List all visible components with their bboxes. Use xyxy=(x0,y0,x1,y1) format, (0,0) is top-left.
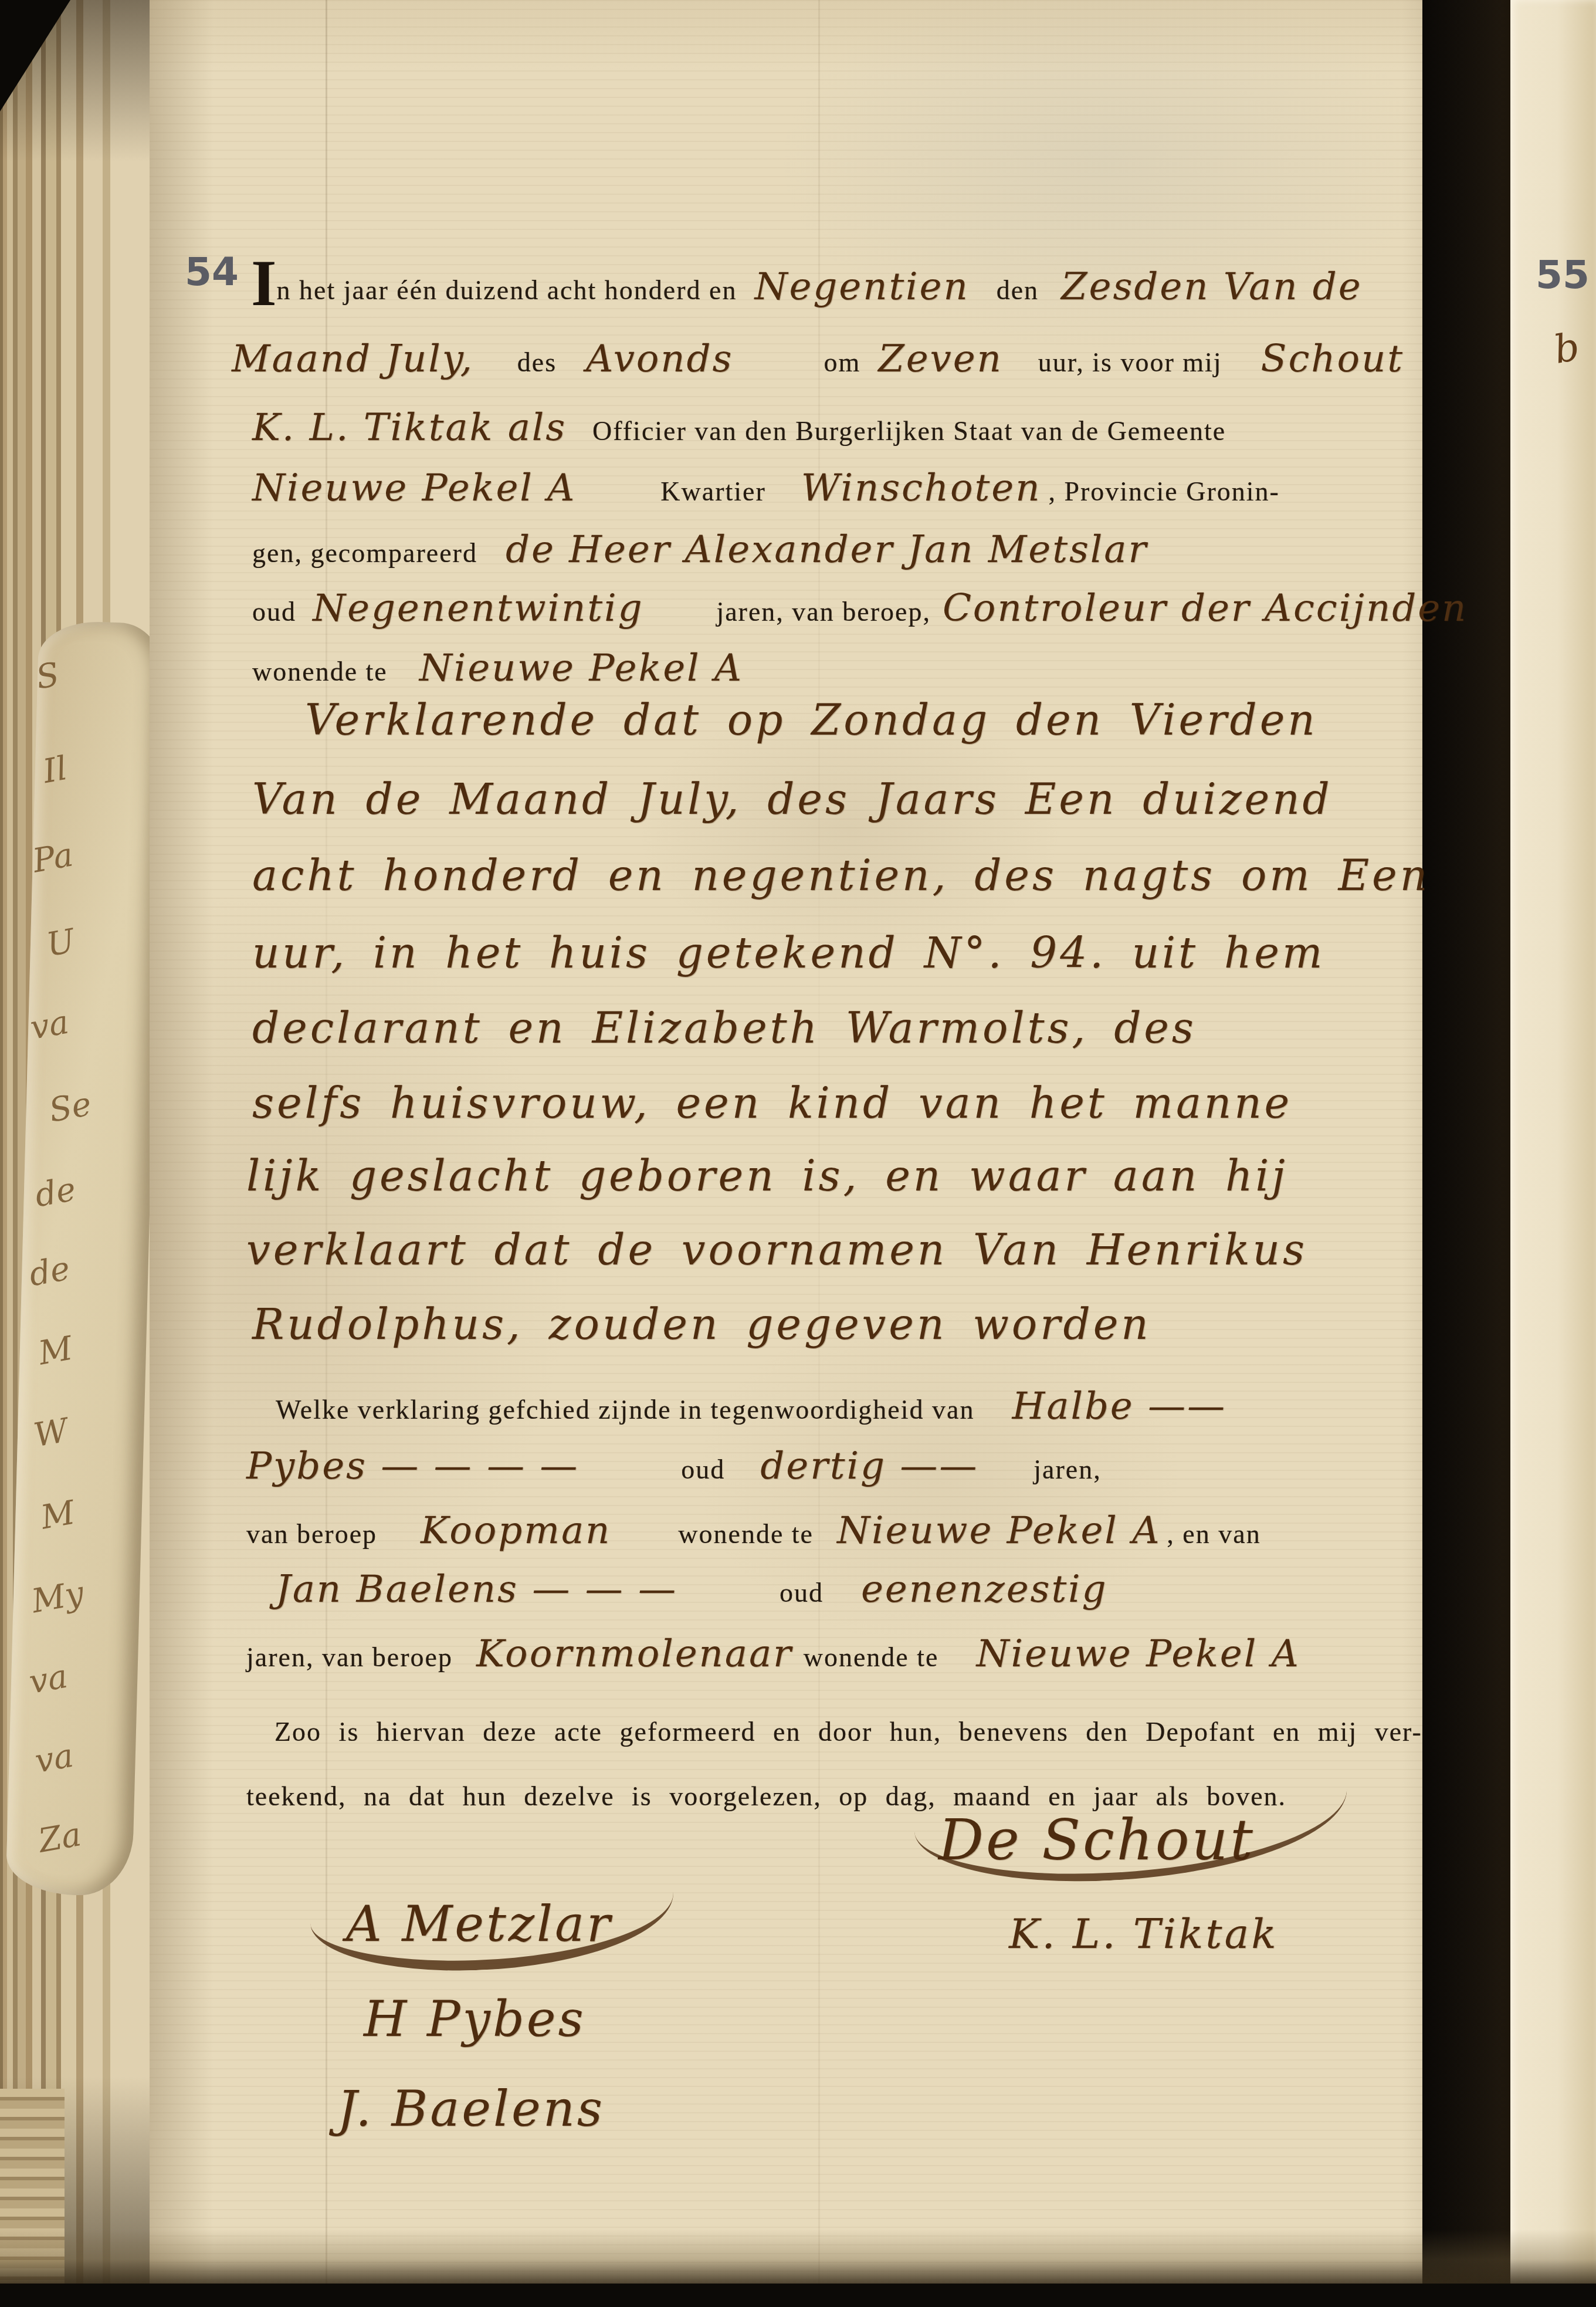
document-line: verklaart dat de voornamen Van Henrikus xyxy=(246,1225,1307,1274)
handwritten-text: Zesden Van de xyxy=(1061,265,1363,309)
printed-text: om xyxy=(824,347,860,377)
printed-text: wonende te xyxy=(678,1519,814,1549)
printed-text: Welke verklaring gefchied zijnde in tege… xyxy=(276,1395,974,1425)
document-line: acht honderd en negentien, des nagts om … xyxy=(252,851,1430,900)
document-line: uur, in het huis getekend N°. 94. uit he… xyxy=(252,928,1325,977)
handwritten-text: lijk geslacht geboren is, en waar aan hi… xyxy=(246,1151,1288,1200)
printed-text: uur, is voor mij xyxy=(1038,347,1222,377)
document-line: Welke verklaring gefchied zijnde in tege… xyxy=(276,1385,1226,1428)
document-line: K. L. Tiktak als Officier van den Burger… xyxy=(252,406,1226,449)
torn-page-fragment: va xyxy=(28,1003,72,1047)
handwritten-text: Van de Maand July, des Jaars Een duizend xyxy=(252,774,1333,824)
signature-schout-name: K. L. Tiktak xyxy=(1009,1910,1279,1958)
document-line: Nieuwe Pekel A Kwartier Winschoten , Pro… xyxy=(252,466,1280,510)
page-fold-shadow xyxy=(1402,0,1510,2307)
torn-page-fragment: va xyxy=(26,1657,70,1702)
printed-dropcap: I xyxy=(251,247,277,320)
torn-page-fragment: Se xyxy=(46,1085,94,1129)
handwritten-text: Halbe —— xyxy=(1012,1385,1226,1428)
handwritten-text: Nieuwe Pekel A xyxy=(252,466,576,510)
document-line: Maand July, des Avonds om Zeven uur, is … xyxy=(232,337,1404,381)
handwritten-text: Schout xyxy=(1261,337,1404,381)
printed-text: jaren, van beroep xyxy=(246,1642,453,1672)
document-line: declarant en Elizabeth Warmolts, des xyxy=(252,1003,1197,1053)
handwritten-text: verklaart dat de voornamen Van Henrikus xyxy=(246,1225,1307,1274)
printed-text: des xyxy=(517,347,557,377)
handwritten-text: acht honderd en negentien, des nagts om … xyxy=(252,851,1430,900)
printed-text: den xyxy=(997,275,1039,305)
handwritten-text: Verklarende dat op Zondag den Vierden xyxy=(305,695,1318,745)
document-line: gen, gecompareerd de Heer Alexander Jan … xyxy=(252,528,1148,571)
torn-page-fragment: M xyxy=(36,1330,76,1373)
printed-text: oud xyxy=(252,597,296,627)
document-line: Van de Maand July, des Jaars Een duizend xyxy=(252,774,1333,824)
document-line: van beroep Koopman wonende te Nieuwe Pek… xyxy=(246,1509,1261,1552)
handwritten-signature: H Pybes xyxy=(364,1990,586,2048)
document-line: Jan Baelens — — — oud eenenzestig xyxy=(276,1568,1108,1611)
handwritten-text: Winschoten xyxy=(801,466,1042,510)
handwritten-text: selfs huisvrouw, een kind van het manne xyxy=(252,1078,1292,1128)
document-line: Zoo is hiervan deze acte geformeerd en d… xyxy=(275,1716,1422,1747)
printed-text: oud xyxy=(681,1454,725,1484)
handwritten-signature: K. L. Tiktak xyxy=(1009,1910,1279,1958)
page-55-edge xyxy=(1510,0,1596,2307)
handwritten-text: Negentien xyxy=(754,265,969,309)
handwritten-text: Pybes — — — — xyxy=(246,1445,579,1488)
torn-page-fragment: M xyxy=(38,1494,78,1537)
handwritten-text: Koopman xyxy=(421,1509,611,1552)
document-line: In het jaar één duizend acht honderd en … xyxy=(251,265,1363,309)
printed-text: Kwartier xyxy=(660,476,765,506)
signature-witness2: J. Baelens xyxy=(337,2080,605,2137)
signature-witness1: H Pybes xyxy=(364,1990,586,2048)
torn-page-fragment: Pa xyxy=(30,836,76,881)
printed-text: Officier van den Burgerlijken Staat van … xyxy=(592,416,1226,446)
printed-text: oud xyxy=(780,1578,824,1608)
handwritten-text: Negenentwintig xyxy=(313,587,643,630)
handwritten-text: eenenzestig xyxy=(861,1568,1108,1611)
handwritten-text: uur, in het huis getekend N°. 94. uit he… xyxy=(252,928,1325,977)
printed-text: jaren, xyxy=(1033,1454,1101,1484)
printed-text: , en van xyxy=(1167,1519,1260,1549)
document-line: selfs huisvrouw, een kind van het manne xyxy=(252,1078,1292,1128)
handwritten-text: de Heer Alexander Jan Metslar xyxy=(506,528,1148,571)
handwritten-text: declarant en Elizabeth Warmolts, des xyxy=(252,1003,1197,1053)
page-bottom-edge xyxy=(0,2230,1596,2284)
printed-text: wonende te xyxy=(252,657,388,686)
handwritten-text: Nieuwe Pekel A xyxy=(837,1509,1161,1552)
document-line: Rudolphus, zouden gegeven worden xyxy=(252,1300,1151,1349)
torn-page-fragment: va xyxy=(32,1737,76,1781)
torn-page-fragment: W xyxy=(31,1411,71,1454)
page-number-55: 55 xyxy=(1536,252,1590,297)
handwritten-text: Zeven xyxy=(878,337,1003,381)
page-number-54: 54 xyxy=(185,249,239,295)
book-gutter xyxy=(0,0,150,2307)
printed-text: gen, gecompareerd xyxy=(252,538,477,568)
handwritten-text: Nieuwe Pekel A xyxy=(976,1632,1300,1676)
book-scan: S Il Pa U va Se de de M W M My va va Za … xyxy=(0,0,1596,2307)
printed-text: n het jaar één duizend acht honderd en xyxy=(277,275,737,305)
document-line: oud Negenentwintig jaren, van beroep, Co… xyxy=(252,587,1468,630)
torn-page-fragment: de xyxy=(26,1250,73,1294)
printed-text: jaren, van beroep, xyxy=(716,597,931,627)
handwritten-text: Controleur der Accijnden xyxy=(943,587,1468,630)
handwritten-text: Avonds xyxy=(586,337,733,381)
document-line: Pybes — — — — oud dertig —— jaren, xyxy=(246,1445,1102,1488)
handwritten-text: Nieuwe Pekel A xyxy=(419,647,743,690)
handwritten-text: Jan Baelens — — — xyxy=(276,1568,677,1611)
printed-text: , Provincie Gronin- xyxy=(1048,476,1279,506)
scan-bottom-band xyxy=(0,2284,1596,2307)
torn-page-fragment: de xyxy=(32,1171,79,1215)
handwritten-text: Rudolphus, zouden gegeven worden xyxy=(252,1300,1151,1349)
handwritten-text: dertig —— xyxy=(760,1445,978,1488)
document-line: lijk geslacht geboren is, en waar aan hi… xyxy=(246,1151,1288,1200)
printed-text: van beroep xyxy=(246,1519,377,1549)
torn-page-fragment: Za xyxy=(36,1815,84,1861)
handwritten-text: Maand July, xyxy=(232,337,474,381)
document-line: jaren, van beroep Koornmolenaar wonende … xyxy=(246,1632,1300,1676)
document-line: wonende te Nieuwe Pekel A xyxy=(252,647,743,690)
handwritten-signature: J. Baelens xyxy=(337,2080,605,2137)
printed-text: wonende te xyxy=(804,1642,939,1672)
printed-text: Zoo is hiervan deze acte geformeerd en d… xyxy=(275,1717,1422,1747)
handwritten-text: K. L. Tiktak als xyxy=(252,406,567,449)
handwritten-text: Koornmolenaar xyxy=(476,1632,793,1676)
document-line: Verklarende dat op Zondag den Vierden xyxy=(305,695,1318,745)
